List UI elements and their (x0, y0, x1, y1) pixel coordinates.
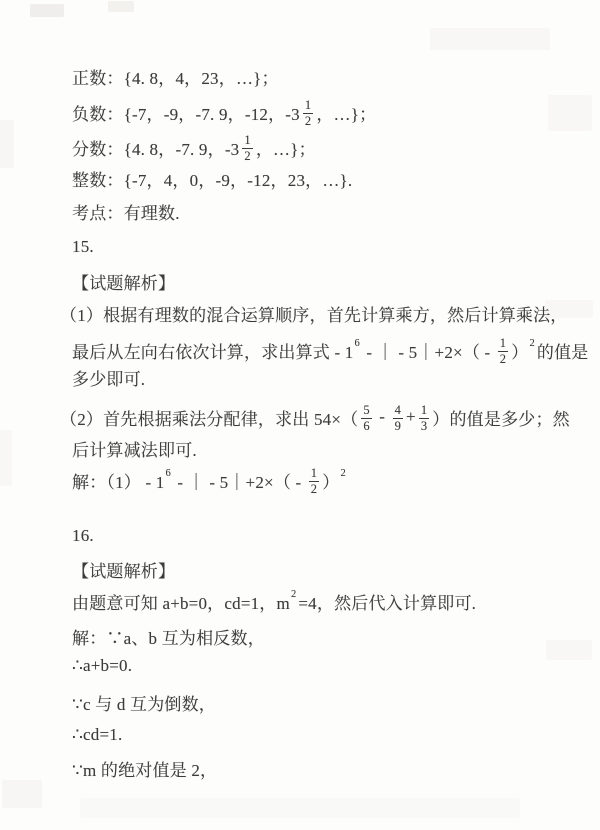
solution-16-line3: ∵c 与 d 互为倒数， (72, 690, 216, 714)
text-segment: 多少即可. (72, 365, 145, 390)
text-segment: ∴a+b=0. (72, 656, 132, 676)
text-segment: 整数：{-7，4，0，-9，-12，23，…}. (72, 166, 352, 191)
scan-artifact (80, 798, 520, 818)
scan-artifact (2, 780, 42, 808)
scan-artifact (0, 120, 14, 168)
fraction-numerator: 1 (242, 133, 252, 148)
text-segment: ）的值是多少；然 (432, 405, 570, 430)
superscript-exponent: 2 (291, 589, 296, 600)
fraction-numerator: 1 (498, 336, 508, 351)
document-page: 正数：{4. 8，4，23，…}；负数：{-7，-9，-7. 9，-12，-31… (0, 0, 600, 830)
text-segment: 由题意可知 a+b=0，cd=1，m (72, 589, 290, 614)
text-segment: =4，然后代入计算即可. (298, 589, 476, 614)
fraction-denominator: 6 (361, 419, 371, 433)
analysis-15-step2-line1: （2）首先根据乘法分配律，求出 54×（56 - 49+13）的值是多少；然 (60, 393, 570, 441)
solution-16-line5: ∵m 的绝对值是 2， (72, 756, 217, 780)
text-segment: 解：∵a、b 互为相反数， (72, 624, 265, 649)
analysis-15-step1-line2: 最后从左向右依次计算，求出算式 - 16 - ｜ - 5｜+2×（ - 12）2… (72, 326, 589, 374)
fraction: 13 (419, 403, 429, 433)
text-segment: ） (322, 468, 339, 493)
analysis-16-line: 由题意可知 a+b=0，cd=1，m2=4，然后代入计算即可. (72, 589, 476, 613)
solution-16-line2: ∴a+b=0. (72, 654, 132, 678)
fraction: 12 (309, 466, 319, 496)
text-segment: 15. (72, 237, 94, 257)
scan-artifact (430, 28, 550, 50)
analysis-15-step1-line3: 多少即可. (72, 365, 145, 389)
fraction-denominator: 2 (309, 482, 319, 496)
text-segment: ∴cd=1. (72, 725, 122, 745)
text-segment: 16. (72, 526, 94, 546)
fraction-numerator: 1 (419, 403, 429, 418)
fraction-denominator: 2 (498, 352, 508, 366)
text-segment: - ｜ - 5｜+2×（ - (362, 338, 495, 363)
problem-15-analysis-header: 【试题解析】 (72, 269, 175, 293)
fraction-denominator: 2 (242, 149, 252, 163)
superscript-exponent: 6 (165, 468, 170, 479)
scan-artifact (0, 430, 12, 486)
fraction: 49 (393, 403, 403, 433)
scan-artifact (546, 640, 592, 660)
positive-numbers-line: 正数：{4. 8，4，23，…}； (72, 64, 279, 88)
fraction-numerator: 5 (361, 403, 371, 418)
problem-16-number: 16. (72, 524, 94, 548)
fraction-denominator: 9 (393, 419, 403, 433)
text-segment: - ｜ - 5｜+2×（ - (173, 468, 306, 493)
fractions-line: 分数：{4. 8，-7. 9，-312，…}； (72, 123, 316, 171)
superscript-exponent: 2 (340, 468, 345, 479)
fraction: 12 (498, 336, 508, 366)
integers-line: 整数：{-7，4，0，-9，-12，23，…}. (72, 166, 352, 190)
problem-15-number: 15. (72, 235, 94, 259)
text-segment: ） (511, 338, 528, 363)
text-segment: ，…}； (256, 135, 316, 160)
text-segment: 【试题解析】 (72, 557, 175, 582)
text-segment: 【试题解析】 (72, 269, 175, 294)
scan-artifact (30, 4, 64, 17)
text-segment: + (406, 407, 416, 427)
superscript-exponent: 6 (354, 338, 359, 349)
text-segment: 正数：{4. 8，4，23，…}； (72, 64, 279, 89)
fraction: 56 (361, 403, 371, 433)
solution-15-line: 解：（1） - 16 - ｜ - 5｜+2×（ - 12）2 (72, 456, 348, 504)
text-segment: （1）根据有理数的混合运算顺序，首先计算乘方，然后计算乘法， (60, 301, 568, 326)
fraction: 12 (242, 133, 252, 163)
solution-16-line4: ∴cd=1. (72, 723, 122, 747)
text-segment: ，…}； (316, 100, 376, 125)
text-segment: 分数：{4. 8，-7. 9，-3 (72, 135, 239, 160)
problem-16-analysis-header: 【试题解析】 (72, 557, 175, 581)
text-segment: ∵m 的绝对值是 2， (72, 756, 217, 781)
text-segment: ∵c 与 d 互为倒数， (72, 690, 216, 715)
fraction-denominator: 3 (419, 419, 429, 433)
text-segment: 解：（1） - 1 (72, 468, 164, 493)
text-segment: 最后从左向右依次计算，求出算式 - 1 (72, 338, 353, 363)
analysis-15-step1-line1: （1）根据有理数的混合运算顺序，首先计算乘方，然后计算乘法， (60, 301, 568, 325)
scan-artifact (548, 95, 592, 131)
superscript-exponent: 2 (529, 338, 534, 349)
text-segment: （2）首先根据乘法分配律，求出 54×（ (60, 405, 358, 430)
exam-point-line: 考点：有理数. (72, 199, 180, 223)
solution-16-line1: 解：∵a、b 互为相反数， (72, 624, 265, 648)
text-segment: 负数：{-7，-9，-7. 9，-12，-3 (72, 100, 300, 125)
fraction-numerator: 4 (393, 403, 403, 418)
text-segment: - (375, 407, 390, 427)
fraction-numerator: 1 (309, 466, 319, 481)
fraction-numerator: 1 (303, 98, 313, 113)
text-segment: 考点：有理数. (72, 199, 180, 224)
scan-artifact (108, 1, 134, 12)
text-segment: 的值是 (537, 338, 589, 363)
